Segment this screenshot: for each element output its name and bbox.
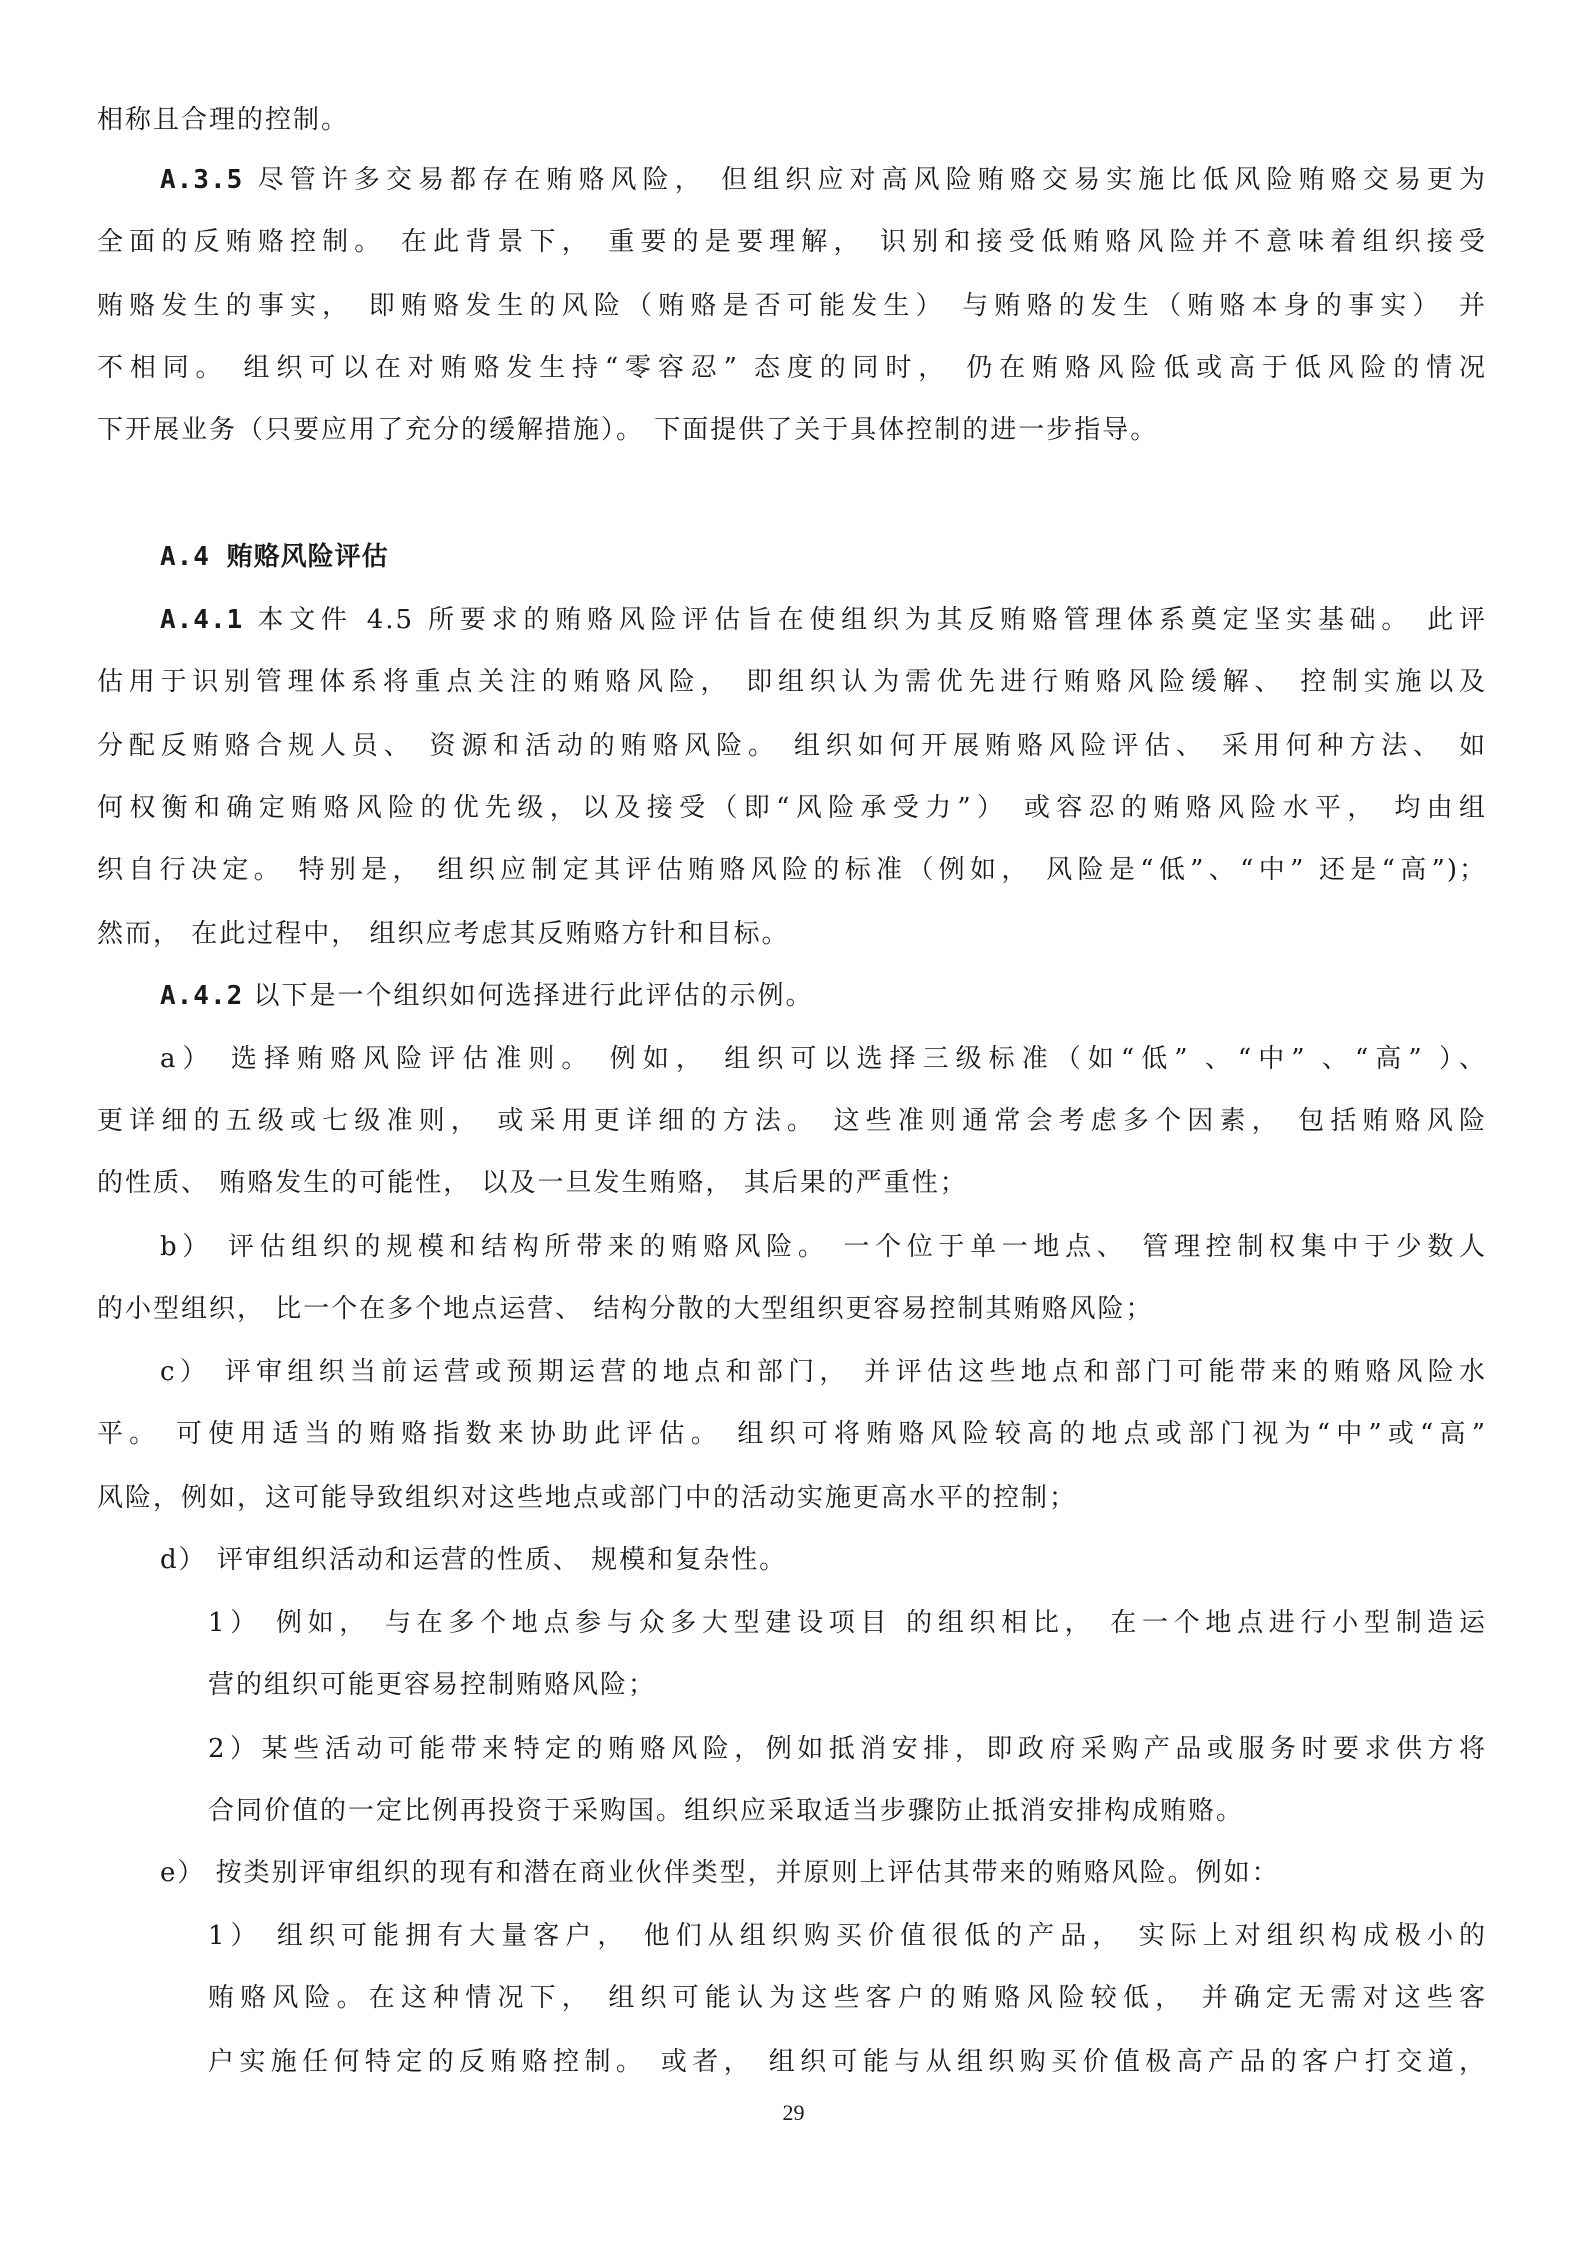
text-line: 更详细的五级或七级准则， 或采用更详细的方法。 这些准则通常会考虑多个因素， 包… [97, 1101, 1487, 1141]
text-line: 贿赂发生的事实， 即贿赂发生的风险（贿赂是否可能发生） 与贿赂的发生（贿赂本身的… [97, 286, 1487, 326]
line-text: 贿赂发生的事实， 即贿赂发生的风险（贿赂是否可能发生） 与贿赂的发生（贿赂本身的… [97, 291, 1487, 321]
list-item-e: e） 按类别评审组织的现有和潜在商业伙伴类型，并原则上评估其带来的贿赂风险。例如… [160, 1853, 1487, 1893]
section-heading: A.4 贿赂风险评估 [160, 537, 1487, 577]
line-text: 不相同。 组织可以在对贿赂发生持“零容忍” 态度的同时， 仍在贿赂风险低或高于低… [97, 353, 1487, 383]
text-line: 分配反贿赂合规人员、 资源和活动的贿赂风险。 组织如何开展贿赂风险评估、 采用何… [97, 726, 1487, 766]
text-line: 户实施任何特定的反贿赂控制。 或者， 组织可能与从组织购买价值极高产品的客户打交… [208, 2042, 1487, 2082]
heading-text: A.4 贿赂风险评估 [160, 542, 389, 572]
sub-item-d-1: 1） 例如， 与在多个地点参与众多大型建设项目 的组织相比， 在一个地点进行小型… [208, 1603, 1487, 1643]
line-text: 织自行决定。 特别是， 组织应制定其评估贿赂风险的标准（例如， 风险是“低”、“… [97, 855, 1487, 885]
clause-a-3-5: A.3.5 尽管许多交易都存在贿赂风险， 但组织应对高风险贿赂交易实施比低风险贿… [160, 160, 1487, 200]
text-line: 合同价值的一定比例再投资于采购国。组织应采取适当步骤防止抵消安排构成贿赂。 [208, 1791, 1487, 1831]
line-text: 全面的反贿赂控制。 在此背景下， 重要的是要理解， 识别和接受低贿赂风险并不意味… [97, 227, 1487, 257]
line-text: 的性质、 贿赂发生的可能性， 以及一旦发生贿赂， 其后果的严重性； [97, 1168, 968, 1198]
line-text: 何权衡和确定贿赂风险的优先级，以及接受（即“风险承受力”） 或容忍的贿赂风险水平… [97, 793, 1487, 823]
line-text: e） 按类别评审组织的现有和潜在商业伙伴类型，并原则上评估其带来的贿赂风险。例如… [160, 1858, 1280, 1888]
clause-a-4-1: A.4.1 本文件 4.5 所要求的贿赂风险评估旨在使组织为其反贿赂管理体系奠定… [160, 600, 1487, 640]
line-text: 分配反贿赂合规人员、 资源和活动的贿赂风险。 组织如何开展贿赂风险评估、 采用何… [97, 731, 1487, 761]
line-text: c） 评审组织当前运营或预期运营的地点和部门， 并评估这些地点和部门可能带来的贿… [160, 1357, 1487, 1387]
line-text: 然而， 在此过程中， 组织应考虑其反贿赂方针和目标。 [97, 919, 790, 949]
line-text: d） 评审组织活动和运营的性质、 规模和复杂性。 [160, 1545, 787, 1575]
clause-label: A.4.1 [160, 605, 243, 635]
sub-item-e-1: 1） 组织可能拥有大量客户， 他们从组织购买价值很低的产品， 实际上对组织构成极… [208, 1916, 1487, 1956]
line-text: 1） 组织可能拥有大量客户， 他们从组织购买价值很低的产品， 实际上对组织构成极… [208, 1921, 1487, 1951]
text-line: 平。 可使用适当的贿赂指数来协助此评估。 组织可将贿赂风险较高的地点或部门视为“… [97, 1414, 1487, 1454]
clause-a-4-2: A.4.2 以下是一个组织如何选择进行此评估的示例。 [160, 976, 1487, 1016]
clause-label: A.4.2 [160, 981, 243, 1011]
text-line: 贿赂风险。在这种情况下， 组织可能认为这些客户的贿赂风险较低， 并确定无需对这些… [208, 1978, 1487, 2018]
text-line: 营的组织可能更容易控制贿赂风险； [208, 1665, 1487, 1705]
line-text: 的小型组织， 比一个在多个地点运营、 结构分散的大型组织更容易控制其贿赂风险； [97, 1294, 1154, 1324]
text-line: 全面的反贿赂控制。 在此背景下， 重要的是要理解， 识别和接受低贿赂风险并不意味… [97, 222, 1487, 262]
document-page: 相称且合理的控制。 A.3.5 尽管许多交易都存在贿赂风险， 但组织应对高风险贿… [0, 0, 1587, 2245]
text-line: 织自行决定。 特别是， 组织应制定其评估贿赂风险的标准（例如， 风险是“低”、“… [97, 850, 1487, 890]
text-line: 的性质、 贿赂发生的可能性， 以及一旦发生贿赂， 其后果的严重性； [97, 1163, 1487, 1203]
line-text: 估用于识别管理体系将重点关注的贿赂风险， 即组织认为需优先进行贿赂风险缓解、 控… [97, 667, 1487, 697]
line-text: 更详细的五级或七级准则， 或采用更详细的方法。 这些准则通常会考虑多个因素， 包… [97, 1106, 1487, 1136]
line-text: 合同价值的一定比例再投资于采购国。组织应采取适当步骤防止抵消安排构成贿赂。 [208, 1796, 1244, 1826]
text-line: 估用于识别管理体系将重点关注的贿赂风险， 即组织认为需优先进行贿赂风险缓解、 控… [97, 662, 1487, 702]
line-text: 2）某些活动可能带来特定的贿赂风险，例如抵消安排，即政府采购产品或服务时要求供方… [208, 1734, 1487, 1764]
sub-item-d-2: 2）某些活动可能带来特定的贿赂风险，例如抵消安排，即政府采购产品或服务时要求供方… [208, 1729, 1487, 1769]
line-text: 风险，例如，这可能导致组织对这些地点或部门中的活动实施更高水平的控制； [97, 1483, 1077, 1513]
line-text: 以下是一个组织如何选择进行此评估的示例。 [243, 981, 813, 1011]
line-text: 下开展业务（只要应用了充分的缓解措施）。 下面提供了关于具体控制的进一步指导。 [97, 415, 1158, 445]
text-line: 何权衡和确定贿赂风险的优先级，以及接受（即“风险承受力”） 或容忍的贿赂风险水平… [97, 788, 1487, 828]
line-text: 尽管许多交易都存在贿赂风险， 但组织应对高风险贿赂交易实施比低风险贿赂交易更为 [243, 165, 1487, 195]
line-text: 贿赂风险。在这种情况下， 组织可能认为这些客户的贿赂风险较低， 并确定无需对这些… [208, 1983, 1487, 2013]
text-line: 下开展业务（只要应用了充分的缓解措施）。 下面提供了关于具体控制的进一步指导。 [97, 410, 1487, 450]
line-text: 营的组织可能更容易控制贿赂风险； [208, 1670, 656, 1700]
clause-label: A.3.5 [160, 165, 243, 195]
line-text: 1） 例如， 与在多个地点参与众多大型建设项目 的组织相比， 在一个地点进行小型… [208, 1608, 1487, 1638]
line-text: b） 评估组织的规模和结构所带来的贿赂风险。 一个位于单一地点、 管理控制权集中… [160, 1232, 1487, 1262]
text-line: 然而， 在此过程中， 组织应考虑其反贿赂方针和目标。 [97, 914, 1487, 954]
line-text: 户实施任何特定的反贿赂控制。 或者， 组织可能与从组织购买价值极高产品的客户打交… [208, 2047, 1487, 2077]
text-line: 的小型组织， 比一个在多个地点运营、 结构分散的大型组织更容易控制其贿赂风险； [97, 1289, 1487, 1329]
line-text: 平。 可使用适当的贿赂指数来协助此评估。 组织可将贿赂风险较高的地点或部门视为“… [97, 1419, 1487, 1449]
page-number: 29 [0, 2100, 1587, 2126]
list-item-b: b） 评估组织的规模和结构所带来的贿赂风险。 一个位于单一地点、 管理控制权集中… [160, 1227, 1487, 1267]
line-text: 相称且合理的控制。 [97, 105, 349, 135]
list-item-a: a） 选择贿赂风险评估准则。 例如， 组织可以选择三级标准（如“低” 、“中” … [160, 1039, 1487, 1079]
text-line: 风险，例如，这可能导致组织对这些地点或部门中的活动实施更高水平的控制； [97, 1478, 1487, 1518]
text-line: 不相同。 组织可以在对贿赂发生持“零容忍” 态度的同时， 仍在贿赂风险低或高于低… [97, 348, 1487, 388]
line-text: 本文件 4.5 所要求的贿赂风险评估旨在使组织为其反贿赂管理体系奠定坚实基础。 … [243, 605, 1487, 635]
list-item-c: c） 评审组织当前运营或预期运营的地点和部门， 并评估这些地点和部门可能带来的贿… [160, 1352, 1487, 1392]
list-item-d: d） 评审组织活动和运营的性质、 规模和复杂性。 [160, 1540, 1487, 1580]
text-line: 相称且合理的控制。 [97, 100, 1487, 140]
line-text: a） 选择贿赂风险评估准则。 例如， 组织可以选择三级标准（如“低” 、“中” … [160, 1044, 1487, 1074]
